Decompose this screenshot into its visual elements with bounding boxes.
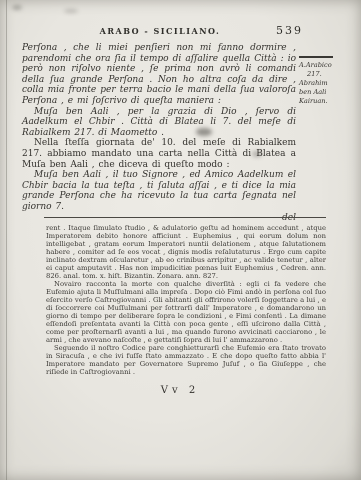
paragraph-second-letter: Muſa ben Aali , il tuo Signore , ed Amic… <box>22 170 296 212</box>
margin-rule <box>299 56 333 58</box>
ink-smudge <box>64 9 78 13</box>
footnote-rule <box>44 217 326 218</box>
book-page: ARABO - SICILIANO. 539 Perſona , che li … <box>0 0 361 480</box>
margin-note-line: Abrahim <box>299 79 357 88</box>
paragraph-letter-body: Perſona , che li miei penſieri non mi fa… <box>22 43 296 107</box>
paragraph-letter-signature: Muſa ben Aali , per la grazia di Dio , ſ… <box>22 107 296 139</box>
gathering-signature: Vv 2 <box>130 385 230 396</box>
margin-note-line: Kairuan. <box>299 97 357 106</box>
margin-note-line: 217. <box>299 70 357 79</box>
margin-note-line: A.Arabico <box>299 61 357 70</box>
footnote-paragraph-latin: rent . Itaque ſimulato ſtudio , & adulat… <box>46 224 326 280</box>
footnote-paragraph-codice: Seguendo il noſtro Codice pare conghiett… <box>46 344 326 376</box>
margin-note-line: ben Aali <box>299 88 357 97</box>
paragraph-narrative: Nella ſteſſa giornata de' 10. del meſe d… <box>22 138 296 170</box>
running-header: ARABO - SICILIANO. <box>70 26 250 36</box>
ink-smudge <box>12 5 22 10</box>
footnote-block: rent . Itaque ſimulato ſtudio , & adulat… <box>46 224 326 376</box>
page-number: 539 <box>276 24 326 37</box>
footnote-paragraph-novairo: Novairo racconta la morte con qualche di… <box>46 280 326 344</box>
margin-note: A.Arabico 217. Abrahim ben Aali Kairuan. <box>299 56 357 106</box>
page-edge <box>6 0 7 480</box>
main-text-block: Perſona , che li miei penſieri non mi fa… <box>22 43 296 223</box>
